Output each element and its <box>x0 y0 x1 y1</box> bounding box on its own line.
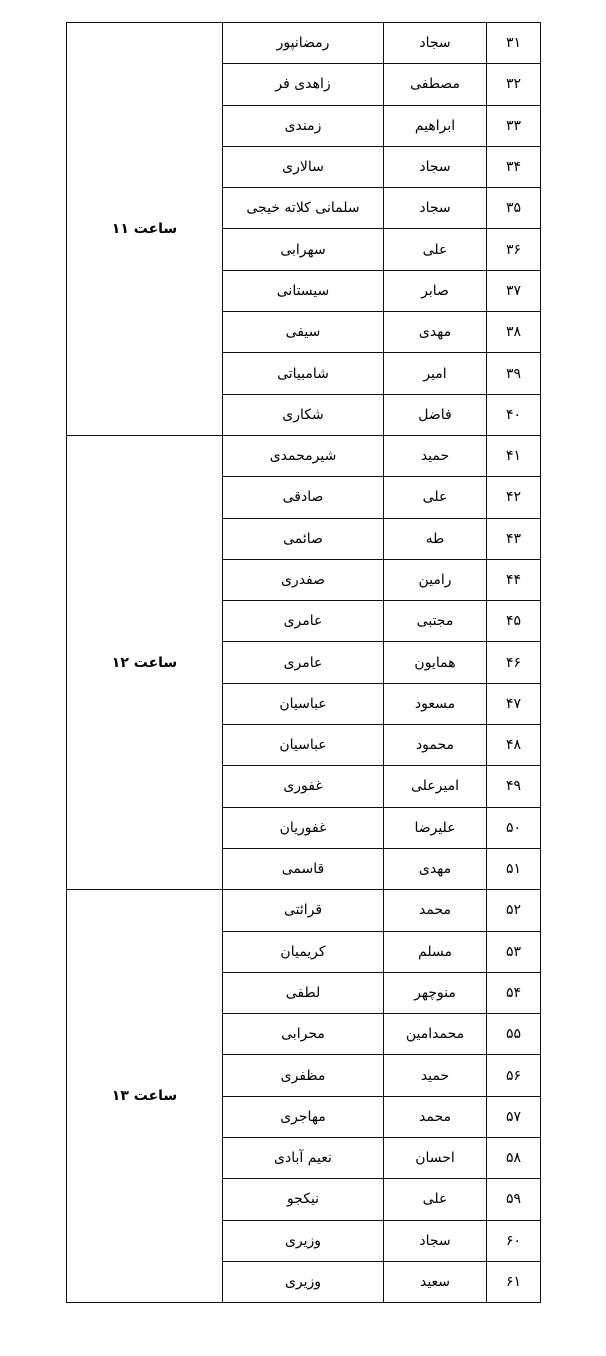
row-number-cell: ۴۳ <box>487 518 541 559</box>
last-name-cell: قرائتی <box>223 890 384 931</box>
first-name-cell: مصطفی <box>384 64 487 105</box>
row-number-cell: ۳۹ <box>487 353 541 394</box>
last-name-cell: سالاری <box>223 146 384 187</box>
last-name-cell: وزیری <box>223 1220 384 1261</box>
row-number-cell: ۴۱ <box>487 435 541 476</box>
row-number-cell: ۶۱ <box>487 1261 541 1302</box>
row-number-cell: ۶۰ <box>487 1220 541 1261</box>
first-name-cell: حمید <box>384 435 487 476</box>
first-name-cell: صابر <box>384 270 487 311</box>
first-name-cell: طه <box>384 518 487 559</box>
row-number-cell: ۴۶ <box>487 642 541 683</box>
last-name-cell: مهاجری <box>223 1096 384 1137</box>
row-number-cell: ۵۰ <box>487 807 541 848</box>
first-name-cell: علی <box>384 477 487 518</box>
last-name-cell: محرابی <box>223 1014 384 1055</box>
first-name-cell: محمد <box>384 890 487 931</box>
first-name-cell: مجتبی <box>384 601 487 642</box>
first-name-cell: سجاد <box>384 1220 487 1261</box>
schedule-sheet: ساعت ۱۱رمضانپورسجاد۳۱زاهدی فرمصطفی۳۲زمند… <box>66 22 540 1303</box>
first-name-cell: احسان <box>384 1138 487 1179</box>
first-name-cell: سجاد <box>384 188 487 229</box>
first-name-cell: مسلم <box>384 931 487 972</box>
last-name-cell: مظفری <box>223 1055 384 1096</box>
row-number-cell: ۵۵ <box>487 1014 541 1055</box>
first-name-cell: امیرعلی <box>384 766 487 807</box>
last-name-cell: عامری <box>223 642 384 683</box>
last-name-cell: سلمانی کلاته خیجی <box>223 188 384 229</box>
row-number-cell: ۳۳ <box>487 105 541 146</box>
last-name-cell: صائمی <box>223 518 384 559</box>
first-name-cell: علی <box>384 229 487 270</box>
first-name-cell: فاضل <box>384 394 487 435</box>
first-name-cell: علی <box>384 1179 487 1220</box>
schedule-table-body: ساعت ۱۱رمضانپورسجاد۳۱زاهدی فرمصطفی۳۲زمند… <box>67 23 541 1303</box>
last-name-cell: زاهدی فر <box>223 64 384 105</box>
first-name-cell: حمید <box>384 1055 487 1096</box>
first-name-cell: منوچهر <box>384 972 487 1013</box>
last-name-cell: صفدری <box>223 559 384 600</box>
time-slot-label: ساعت ۱۲ <box>67 435 223 889</box>
row-number-cell: ۴۲ <box>487 477 541 518</box>
row-number-cell: ۴۵ <box>487 601 541 642</box>
last-name-cell: رمضانپور <box>223 23 384 64</box>
row-number-cell: ۵۹ <box>487 1179 541 1220</box>
row-number-cell: ۵۶ <box>487 1055 541 1096</box>
last-name-cell: غفوریان <box>223 807 384 848</box>
first-name-cell: سجاد <box>384 146 487 187</box>
first-name-cell: مهدی <box>384 312 487 353</box>
first-name-cell: ابراهیم <box>384 105 487 146</box>
last-name-cell: شامبیاتی <box>223 353 384 394</box>
row-number-cell: ۳۷ <box>487 270 541 311</box>
first-name-cell: همایون <box>384 642 487 683</box>
table-row: ساعت ۱۲شیرمحمدیحمید۴۱ <box>67 435 541 476</box>
row-number-cell: ۵۸ <box>487 1138 541 1179</box>
row-number-cell: ۳۴ <box>487 146 541 187</box>
first-name-cell: مهدی <box>384 848 487 889</box>
first-name-cell: سجاد <box>384 23 487 64</box>
last-name-cell: غفوری <box>223 766 384 807</box>
first-name-cell: محمدامین <box>384 1014 487 1055</box>
row-number-cell: ۴۸ <box>487 725 541 766</box>
last-name-cell: عامری <box>223 601 384 642</box>
last-name-cell: قاسمی <box>223 848 384 889</box>
row-number-cell: ۳۵ <box>487 188 541 229</box>
row-number-cell: ۳۲ <box>487 64 541 105</box>
last-name-cell: لطفی <box>223 972 384 1013</box>
row-number-cell: ۳۸ <box>487 312 541 353</box>
last-name-cell: زمندی <box>223 105 384 146</box>
last-name-cell: سهرابی <box>223 229 384 270</box>
last-name-cell: عباسیان <box>223 725 384 766</box>
schedule-table: ساعت ۱۱رمضانپورسجاد۳۱زاهدی فرمصطفی۳۲زمند… <box>66 22 541 1303</box>
row-number-cell: ۴۷ <box>487 683 541 724</box>
row-number-cell: ۳۶ <box>487 229 541 270</box>
first-name-cell: علیرضا <box>384 807 487 848</box>
row-number-cell: ۳۱ <box>487 23 541 64</box>
first-name-cell: رامین <box>384 559 487 600</box>
last-name-cell: شیرمحمدی <box>223 435 384 476</box>
row-number-cell: ۵۷ <box>487 1096 541 1137</box>
time-slot-label: ساعت ۱۳ <box>67 890 223 1303</box>
first-name-cell: سعید <box>384 1261 487 1302</box>
last-name-cell: وزیری <box>223 1261 384 1302</box>
last-name-cell: صادقی <box>223 477 384 518</box>
row-number-cell: ۵۲ <box>487 890 541 931</box>
table-row: ساعت ۱۳قرائتیمحمد۵۲ <box>67 890 541 931</box>
row-number-cell: ۵۴ <box>487 972 541 1013</box>
last-name-cell: شکاری <box>223 394 384 435</box>
row-number-cell: ۵۳ <box>487 931 541 972</box>
first-name-cell: امیر <box>384 353 487 394</box>
last-name-cell: عباسیان <box>223 683 384 724</box>
first-name-cell: محمود <box>384 725 487 766</box>
last-name-cell: کریمیان <box>223 931 384 972</box>
last-name-cell: نعیم آبادی <box>223 1138 384 1179</box>
last-name-cell: نیکجو <box>223 1179 384 1220</box>
row-number-cell: ۵۱ <box>487 848 541 889</box>
table-row: ساعت ۱۱رمضانپورسجاد۳۱ <box>67 23 541 64</box>
row-number-cell: ۴۰ <box>487 394 541 435</box>
first-name-cell: محمد <box>384 1096 487 1137</box>
first-name-cell: مسعود <box>384 683 487 724</box>
row-number-cell: ۴۴ <box>487 559 541 600</box>
row-number-cell: ۴۹ <box>487 766 541 807</box>
last-name-cell: سیستانی <box>223 270 384 311</box>
last-name-cell: سیفی <box>223 312 384 353</box>
time-slot-label: ساعت ۱۱ <box>67 23 223 436</box>
